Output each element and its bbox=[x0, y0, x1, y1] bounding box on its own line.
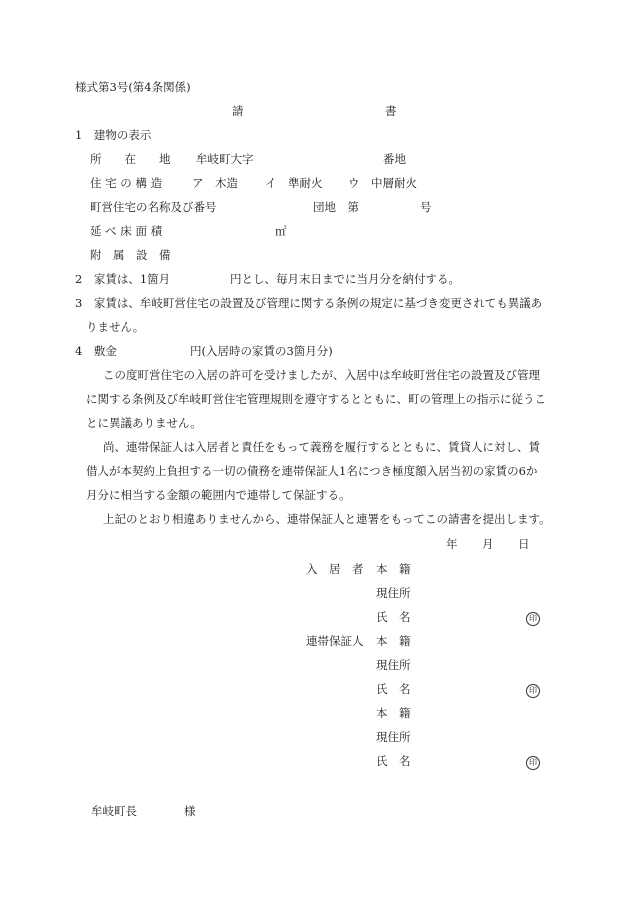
tenant-address-label: 現住所 bbox=[376, 586, 411, 600]
paragraph2-line3: 月分に相当する金額の範囲内で連帯して保証する。 bbox=[86, 488, 351, 502]
guarantor1-address-label: 現住所 bbox=[376, 658, 411, 672]
housing-go: 号 bbox=[420, 200, 432, 214]
paragraph1-line1: この度町営住宅の入居の許可を受けましたが、入居中は牟岐町営住宅の設置及び管理 bbox=[103, 368, 540, 382]
equipment-label: 附 属 設 備 bbox=[90, 248, 171, 262]
guarantor1-seal: 印 bbox=[526, 684, 540, 698]
tenant-label: 入 居 者 bbox=[306, 562, 364, 576]
date-day: 日 bbox=[518, 537, 530, 551]
housing-danchi: 団地 第 bbox=[313, 200, 359, 214]
location-suffix: 番地 bbox=[383, 152, 406, 166]
section2-text-b: 円とし、毎月末日までに当月分を納付する。 bbox=[230, 272, 460, 286]
structure-option-i: イ 準耐火 bbox=[265, 176, 323, 190]
guarantor1-honseki-label: 本 籍 bbox=[376, 634, 411, 648]
form-number: 様式第3号(第4条関係) bbox=[75, 80, 191, 94]
location-value: 牟岐町大字 bbox=[196, 152, 254, 166]
paragraph2-line2: 借人が本契約上負担する一切の債務を連帯保証人1名につき極度額入居当初の家賃の6か bbox=[86, 464, 537, 478]
guarantor2-name-label: 氏 名 bbox=[376, 754, 411, 768]
location-label: 所 在 地 bbox=[90, 152, 171, 166]
paragraph3-line1: 上記のとおり相違ありませんから、連帯保証人と連署をもってこの請書を提出します。 bbox=[103, 512, 551, 526]
section1-heading: 1 建物の表示 bbox=[75, 128, 151, 142]
tenant-seal: 印 bbox=[526, 612, 540, 626]
guarantor2-address-label: 現住所 bbox=[376, 730, 411, 744]
guarantor-label: 連帯保証人 bbox=[306, 634, 364, 648]
structure-option-a: ア 木造 bbox=[192, 176, 238, 190]
date-year: 年 bbox=[446, 537, 458, 551]
section4-text-a: 4 敷金 bbox=[75, 344, 117, 358]
addressee-honorific: 様 bbox=[184, 804, 196, 818]
seal-icon: 印 bbox=[526, 682, 540, 698]
housing-name-label: 町営住宅の名称及び番号 bbox=[90, 200, 217, 214]
guarantor2-honseki-label: 本 籍 bbox=[376, 706, 411, 720]
floor-area-unit: ㎡ bbox=[275, 224, 287, 238]
title-left: 請 bbox=[232, 104, 244, 118]
floor-area-label: 延 べ 床 面 積 bbox=[90, 224, 162, 238]
seal-icon: 印 bbox=[526, 610, 540, 626]
section3-line1: 3 家賃は、牟岐町営住宅の設置及び管理に関する条例の規定に基づき変更されても異議… bbox=[75, 296, 542, 310]
tenant-name-label: 氏 名 bbox=[376, 610, 411, 624]
paragraph1-line2: に関する条例及び牟岐町営住宅管理規則を遵守するとともに、町の管理上の指示に従うこ bbox=[86, 392, 546, 406]
section2-text-a: 2 家賃は、1箇月 bbox=[75, 272, 170, 286]
section3-line2: りません。 bbox=[86, 320, 144, 334]
structure-option-u: ウ 中層耐火 bbox=[348, 176, 417, 190]
section4-text-b: 円(入居時の家賃の3箇月分) bbox=[190, 344, 333, 358]
paragraph2-line1: 尚、連帯保証人は入居者と責任をもって義務を履行するとともに、賃貸人に対し、賃 bbox=[103, 440, 540, 454]
date-month: 月 bbox=[482, 537, 494, 551]
tenant-honseki-label: 本 籍 bbox=[376, 562, 411, 576]
structure-label: 住 宅 の 構 造 bbox=[90, 176, 162, 190]
guarantor1-name-label: 氏 名 bbox=[376, 682, 411, 696]
seal-icon: 印 bbox=[526, 754, 540, 770]
paragraph1-line3: とに異議ありません。 bbox=[86, 416, 202, 430]
guarantor2-seal: 印 bbox=[526, 756, 540, 770]
addressee-title: 牟岐町長 bbox=[91, 804, 137, 818]
title-right: 書 bbox=[385, 104, 397, 118]
